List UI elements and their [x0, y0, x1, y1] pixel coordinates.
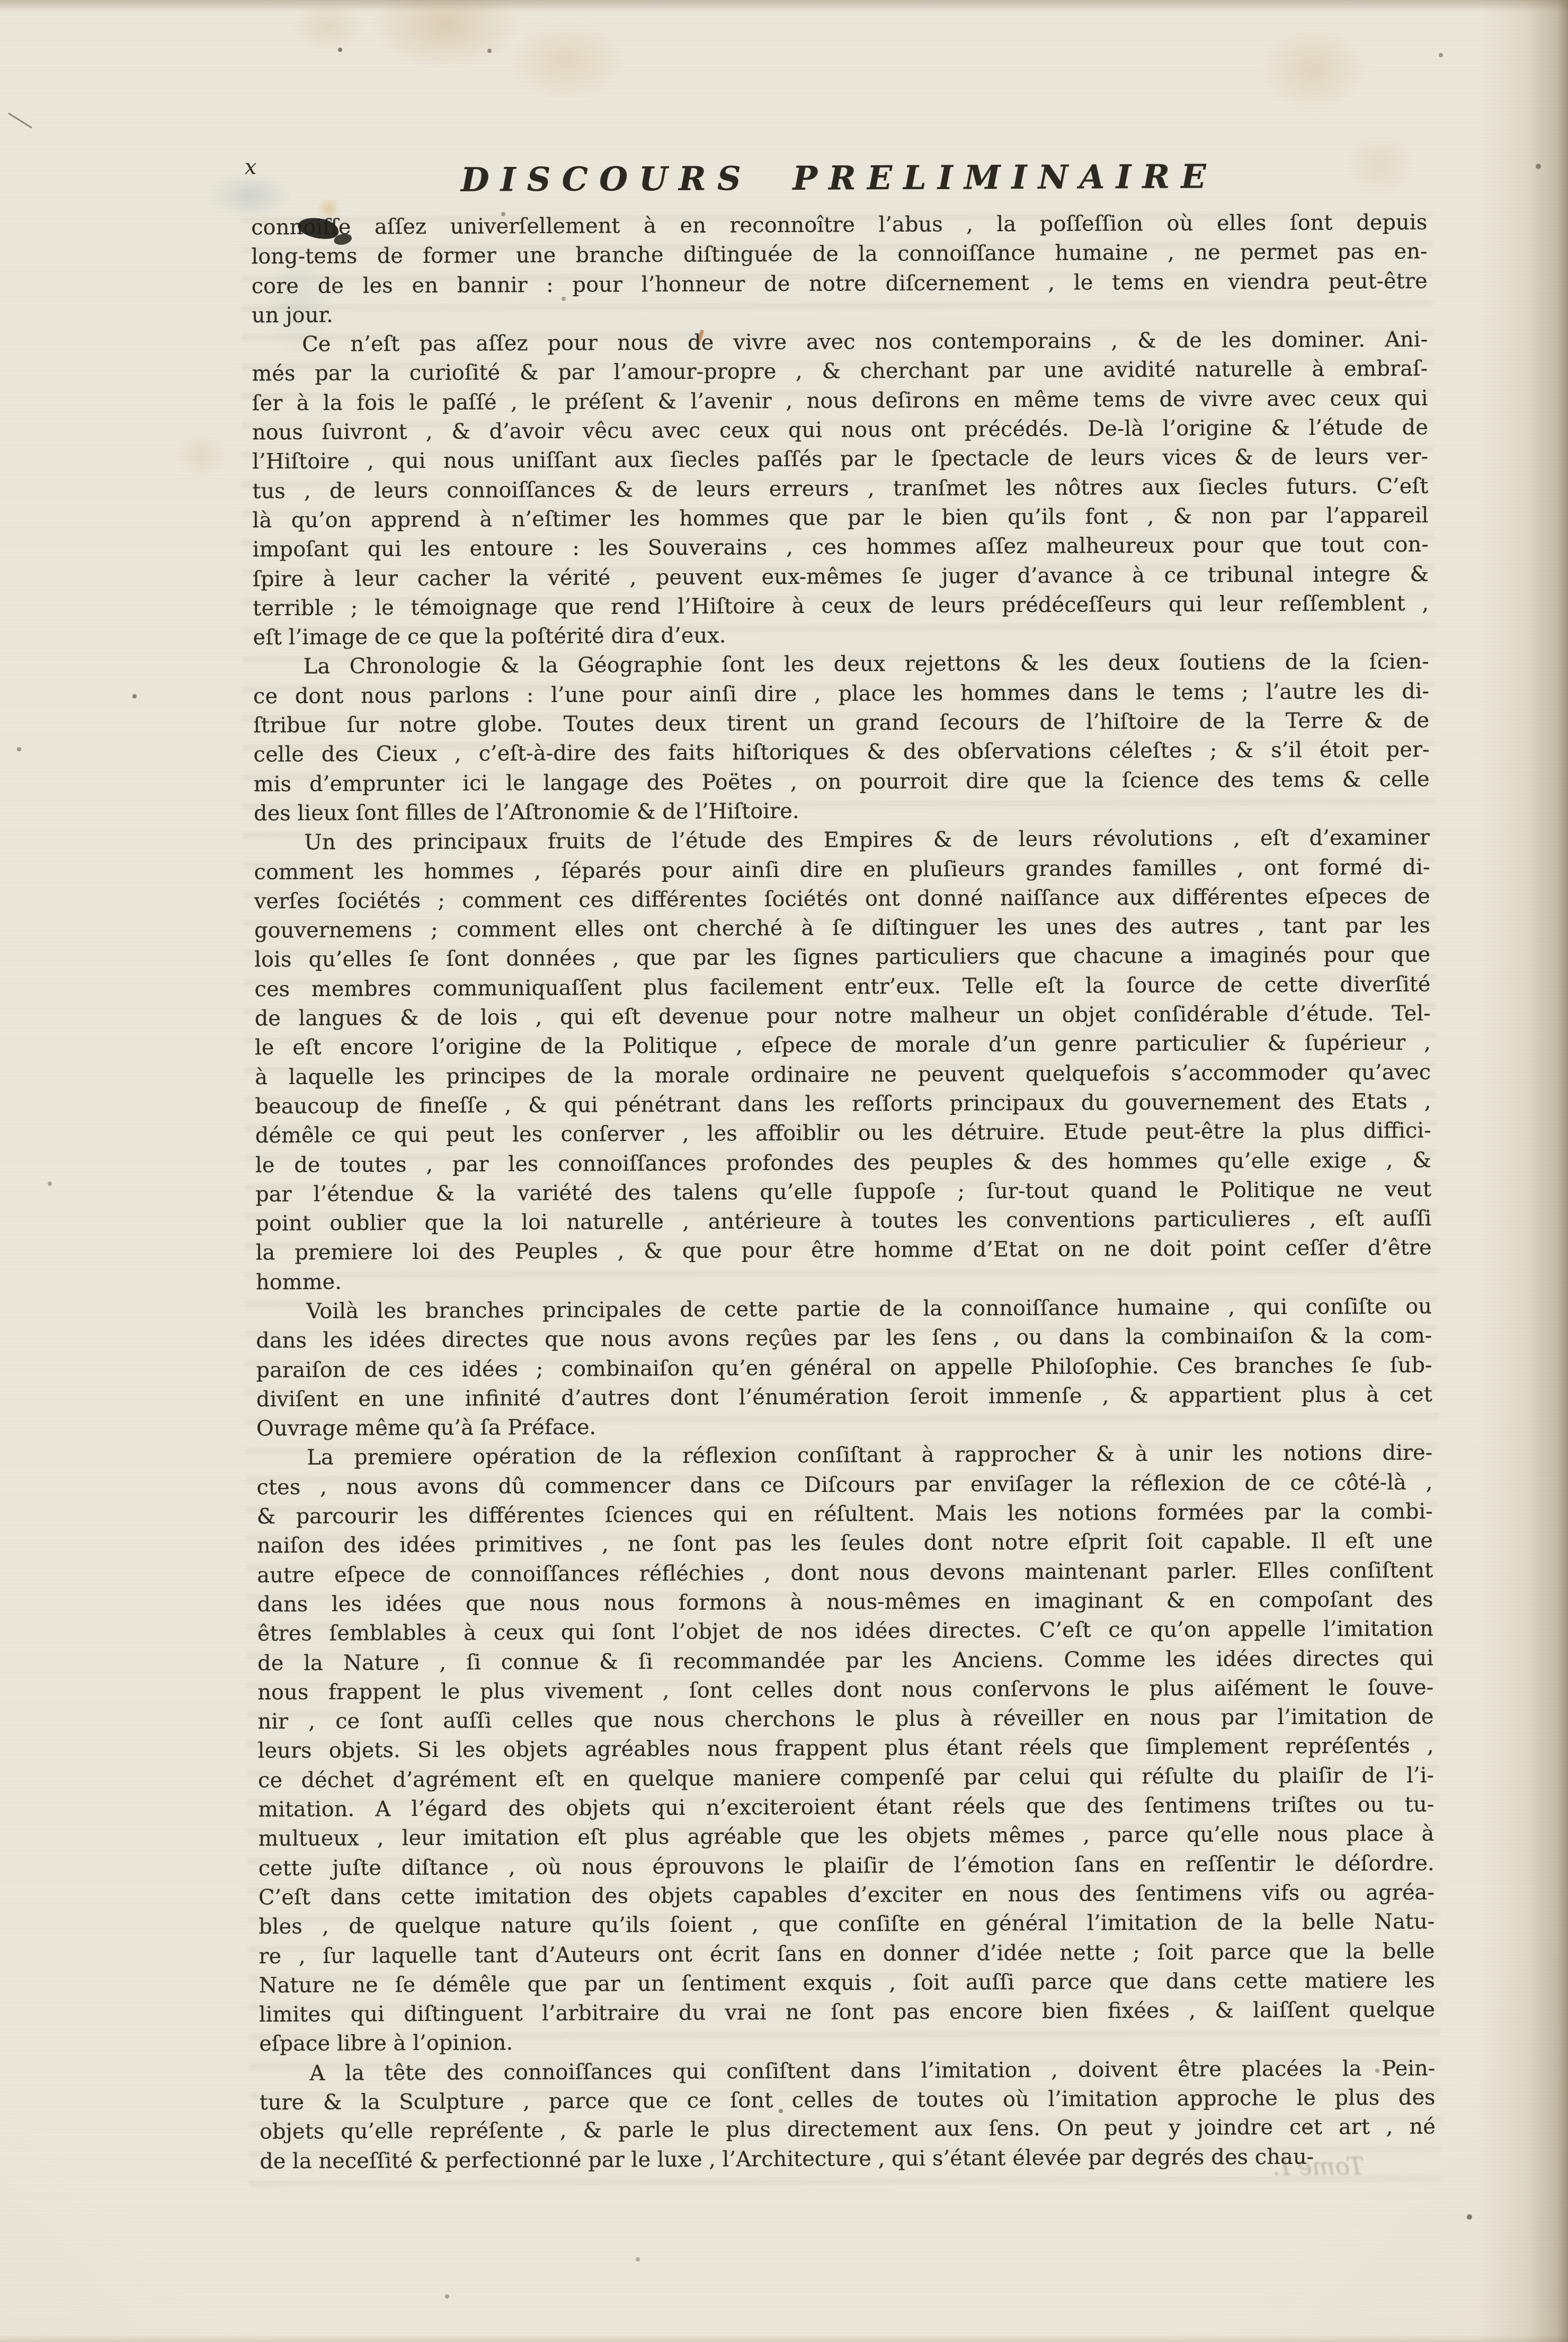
text-line: eſpace libre à l’opinion.	[259, 2025, 1435, 2059]
text-line: La Chronologie & la Géographie ſont les …	[253, 647, 1429, 682]
text-line: La premiere opération de la réflexion co…	[256, 1439, 1432, 1473]
text-line: nir , ce ſont auſſi celles que nous cher…	[257, 1702, 1433, 1737]
text-line: ſtribue ſur notre globe. Toutes deux tir…	[253, 706, 1429, 741]
text-line: de la Nature , ſi connue & ſi recommandé…	[257, 1644, 1433, 1678]
text-line: dans les idées directes que nous avons r…	[256, 1321, 1432, 1356]
text-line: point oublier que la loi naturelle , ant…	[255, 1204, 1431, 1239]
text-line: Ouvrage même qu’à ſa Préface.	[256, 1409, 1432, 1444]
text-line: ſpire à leur cacher la vérité , peuvent …	[253, 560, 1429, 594]
text-line: core de les en bannir : pour l’honneur d…	[252, 267, 1428, 301]
text-line: beaucoup de fineſſe , & qui pénétrant da…	[255, 1087, 1431, 1122]
text-line: Un des principaux fruits de l’étude des …	[254, 823, 1430, 858]
text-line: long-tems de former une branche diſtingu…	[251, 237, 1427, 272]
paragraph: Voilà les branches principales de cette …	[256, 1292, 1432, 1444]
text-line: ces membres communiquaſſent plus facilem…	[254, 970, 1430, 1004]
text-line: ture & la Sculpture , parce que ce ſont …	[259, 2083, 1435, 2118]
text-line: eſt l’image de ce que la poſtérité dira …	[253, 618, 1429, 653]
text-line: leurs objets. Si les objets agréables no…	[258, 1732, 1434, 1766]
text-line: lois qu’elles ſe ſont données , que par …	[254, 941, 1430, 975]
text-line: paraiſon de ces idées ; combinaiſon qu’e…	[256, 1351, 1432, 1385]
text-line: dans les idées que nous nous formons à n…	[257, 1585, 1433, 1620]
text-line: C’eſt dans cette imitation des objets ca…	[259, 1878, 1435, 1913]
text-line: bles , de quelque nature qu’ils ſoient ,…	[259, 1908, 1435, 1942]
paragraph: A la tête des connoiſſances qui conſiſte…	[259, 2054, 1436, 2176]
text-line: là qu’on apprend à n’eſtimer les hommes …	[252, 501, 1428, 536]
text-line: celle des Cieux , c’eſt-à-dire des faits…	[253, 735, 1429, 770]
text-line: êtres ſemblables à ceux qui ſont l’objet…	[257, 1614, 1433, 1649]
text-line: le de toutes , par les connoiſſances pro…	[255, 1146, 1431, 1180]
text-line: connoiſſe aſſez univerſellement à en rec…	[251, 208, 1427, 243]
text-line: diviſent en une infinité d’autres dont l…	[256, 1380, 1432, 1415]
scanned-book-page: x DISCOURS PRELIMINAIRE connoiſſe aſſez …	[0, 0, 1568, 2342]
text-line: Voilà les branches principales de cette …	[256, 1292, 1432, 1327]
text-line: & parcourir les différentes ſciences qui…	[257, 1497, 1433, 1532]
text-line: terrible ; le témoignage que rend l’Hiſt…	[253, 589, 1429, 624]
text-line: démêle ce qui peut les conſerver , les a…	[255, 1116, 1431, 1151]
text-block: connoiſſe aſſez univerſellement à en rec…	[251, 208, 1436, 2177]
text-line: autre eſpece de connoiſſances réfléchies…	[257, 1556, 1433, 1590]
text-line: un jour.	[252, 296, 1428, 331]
text-line: l’Hiſtoire , qui nous uniſſant aux ſiecl…	[252, 442, 1428, 477]
text-line: multueux , leur imitation eſt plus agréa…	[258, 1820, 1434, 1854]
text-line: de langues & de lois , qui eſt devenue p…	[255, 999, 1431, 1034]
text-line: ce dont nous parlons : l’une pour ainſi …	[253, 677, 1429, 711]
text-line: limites qui diſtinguent l’arbitraire du …	[259, 1995, 1435, 2030]
text-line: tus , de leurs connoiſſances & de leurs …	[252, 472, 1428, 506]
text-line: objets qu’elle repréſente , & parle le p…	[260, 2113, 1436, 2147]
paragraph: Un des principaux fruits de l’étude des …	[254, 823, 1432, 1297]
text-line: homme.	[256, 1263, 1432, 1297]
paragraph: La Chronologie & la Géographie ſont les …	[253, 647, 1430, 828]
ink-specks	[0, 0, 2, 2]
page-content: x DISCOURS PRELIMINAIRE connoiſſe aſſez …	[0, 0, 1568, 2342]
text-line: impoſant qui les entoure : les Souverain…	[253, 530, 1429, 565]
text-line: verſes ſociétés ; comment ces différente…	[254, 882, 1430, 917]
text-line: gouvernemens ; comment elles ont cherché…	[254, 911, 1430, 946]
text-line: des lieux ſont filles de l’Aſtronomie & …	[254, 794, 1430, 829]
text-line: de la neceſſité & perfectionné par le lu…	[260, 2142, 1436, 2176]
running-title: DISCOURS PRELIMINAIRE	[251, 156, 1427, 200]
text-line: mitation. A l’égard des objets qui n’exc…	[258, 1790, 1434, 1825]
text-line: nous ſuivront , & d’avoir vêcu avec ceux…	[252, 413, 1428, 448]
text-line: par l’étendue & la variété des talens qu…	[255, 1175, 1431, 1209]
text-line: Nature ne ſe démêle que par un ſentiment…	[259, 1966, 1435, 2000]
text-line: cette juſte diſtance , où nous éprouvons…	[259, 1849, 1435, 1883]
paragraph: Ce n’eſt pas aſſez pour nous de vivre av…	[252, 325, 1429, 653]
text-line: la premiere loi des Peuples , & que pour…	[255, 1234, 1431, 1268]
text-line: naiſon des idées primitives , ne ſont pa…	[257, 1527, 1433, 1561]
text-line: à laquelle les principes de la morale or…	[255, 1058, 1431, 1092]
text-line: re , ſur laquelle tant d’Auteurs ont écr…	[259, 1937, 1435, 1971]
paragraph: La premiere opération de la réflexion co…	[256, 1439, 1435, 2059]
text-line: A la tête des connoiſſances qui conſiſte…	[259, 2054, 1435, 2088]
text-line: ctes , nous avons dû commencer dans ce D…	[256, 1468, 1432, 1502]
text-line: le eſt encore l’origine de la Politique …	[255, 1028, 1431, 1063]
text-line: mis d’emprunter ici le langage des Poëte…	[254, 765, 1430, 799]
text-line: comment les hommes , ſéparés pour ainſi …	[254, 853, 1430, 887]
text-line: Ce n’eſt pas aſſez pour nous de vivre av…	[252, 325, 1428, 360]
text-line: més par la curioſité & par l’amour-propr…	[252, 354, 1428, 389]
text-line: ce déchet d’agrément eſt en quelque mani…	[258, 1761, 1434, 1795]
paragraph: connoiſſe aſſez univerſellement à en rec…	[251, 208, 1428, 331]
text-line: nous frappent le plus vivement , ſont ce…	[257, 1673, 1433, 1708]
text-line: ſer à la fois le paſſé , le préſent & l’…	[252, 384, 1428, 418]
